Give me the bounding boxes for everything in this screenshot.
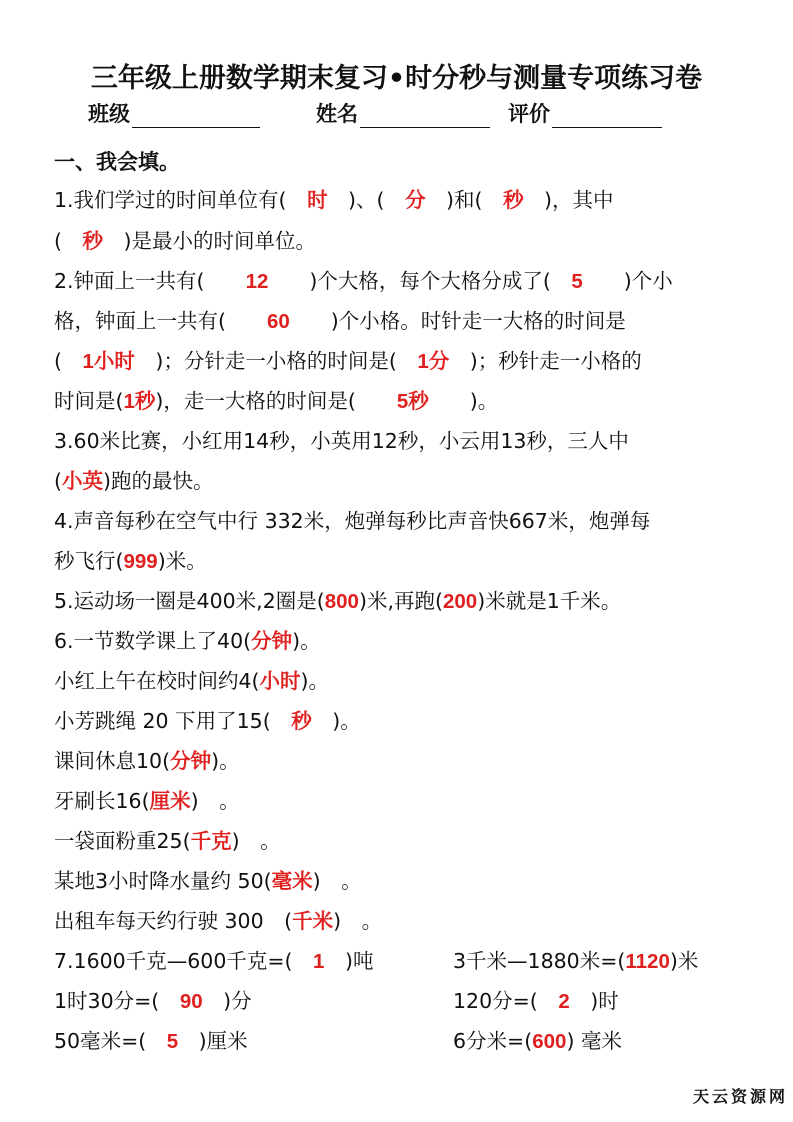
question-text: 3千米—1880米=( xyxy=(453,949,625,973)
answer-text[interactable]: 2 xyxy=(558,990,569,1013)
question-text: 牙刷长16( xyxy=(54,789,150,813)
answer-text[interactable]: 时 xyxy=(307,189,328,212)
question-text: 一袋面粉重25( xyxy=(54,829,191,853)
answer-text[interactable]: 90 xyxy=(180,990,203,1013)
grade-label: 评价 xyxy=(508,102,550,126)
question-line: 4.声音每秒在空气中行 332米，炮弹每秒比声音快667米，炮弹每 xyxy=(54,504,650,534)
class-blank[interactable] xyxy=(132,105,260,128)
answer-text[interactable]: 800 xyxy=(325,590,359,613)
question-text: )，走一大格的时间是( xyxy=(155,389,397,413)
question-line: 120分=( 2 )时 xyxy=(453,984,619,1014)
question-line: 某地3小时降水量约 50(毫米) 。 xyxy=(54,864,362,894)
grade-field[interactable]: 评价 xyxy=(508,98,662,128)
question-line: 6.一节数学课上了40(分钟)。 xyxy=(54,624,321,654)
question-text: 小芳跳绳 20 下用了15( xyxy=(54,709,291,733)
question-text: 120分=( xyxy=(453,989,558,1013)
answer-text[interactable]: 毫米 xyxy=(272,870,313,893)
question-line: (小英)跑的最快。 xyxy=(54,464,214,494)
answer-text[interactable]: 1小时 xyxy=(83,350,135,373)
answer-text[interactable]: 200 xyxy=(443,590,477,613)
answer-text[interactable]: 1秒 xyxy=(124,390,156,413)
question-text: )个小格。时针走一大格的时间是 xyxy=(290,309,626,333)
answer-text[interactable]: 秒 xyxy=(291,710,312,733)
question-text: 7.1600千克—600千克=( xyxy=(54,949,313,973)
answer-text[interactable]: 秒 xyxy=(83,230,104,253)
question-text: 5.运动场一圈是400米,2圈是( xyxy=(54,589,325,613)
question-text: )厘米 xyxy=(178,1029,248,1053)
question-text: ) 。 xyxy=(191,789,240,813)
question-text: )米 xyxy=(670,949,699,973)
answer-text[interactable]: 小英 xyxy=(62,470,103,493)
question-text: )；秒针走一小格的 xyxy=(449,349,642,373)
answer-text[interactable]: 5 xyxy=(167,1030,178,1053)
question-text: )吨 xyxy=(324,949,373,973)
question-text: 3.60米比赛，小红用14秒，小英用12秒，小云用13秒，三人中 xyxy=(54,429,629,453)
question-line: 一袋面粉重25(千克) 。 xyxy=(54,824,281,854)
question-text: 1.我们学过的时间单位有( xyxy=(54,188,307,212)
question-text: )跑的最快。 xyxy=(103,469,214,493)
question-line: 1时30分=( 90 )分 xyxy=(54,984,252,1014)
question-text: )个大格，每个大格分成了( xyxy=(268,269,571,293)
question-text: 某地3小时降水量约 50( xyxy=(54,869,272,893)
question-text: 时间是( xyxy=(54,389,124,413)
answer-text[interactable]: 1分 xyxy=(417,350,449,373)
question-text: )米就是1千米。 xyxy=(477,589,621,613)
answer-text[interactable]: 600 xyxy=(532,1030,566,1053)
question-text: )时 xyxy=(570,989,619,1013)
answer-text[interactable]: 厘米 xyxy=(150,790,191,813)
question-line: ( 秒 )是最小的时间单位。 xyxy=(54,224,316,254)
question-line: 时间是(1秒)，走一大格的时间是( 5秒 )。 xyxy=(54,384,498,414)
answer-text[interactable]: 5秒 xyxy=(397,390,429,413)
question-line: 格，钟面上一共有( 60 )个小格。时针走一大格的时间是 xyxy=(54,304,626,334)
question-text: )是最小的时间单位。 xyxy=(103,229,316,253)
question-text: )。 xyxy=(292,629,321,653)
name-blank[interactable] xyxy=(360,105,490,128)
answer-text[interactable]: 1120 xyxy=(625,950,669,973)
worksheet-title: 三年级上册数学期末复习•时分秒与测量专项练习卷 xyxy=(0,56,793,95)
section-heading: 一、我会填。 xyxy=(54,146,180,176)
question-line: 6分米=(600) 毫米 xyxy=(453,1024,622,1054)
answer-text[interactable]: 小时 xyxy=(260,670,301,693)
question-text: )。 xyxy=(301,669,330,693)
question-text: )。 xyxy=(429,389,499,413)
answer-text[interactable]: 分 xyxy=(405,189,426,212)
question-text: )个小 xyxy=(583,269,673,293)
question-text: )和( xyxy=(426,188,504,212)
question-text: )、( xyxy=(328,188,406,212)
question-line: ( 1小时 )；分针走一小格的时间是( 1分 )；秒针走一小格的 xyxy=(54,344,642,374)
answer-text[interactable]: 分钟 xyxy=(170,750,211,773)
question-line: 3.60米比赛，小红用14秒，小英用12秒，小云用13秒，三人中 xyxy=(54,424,629,454)
question-line: 5.运动场一圈是400米,2圈是(800)米,再跑(200)米就是1千米。 xyxy=(54,584,621,614)
question-text: 4.声音每秒在空气中行 332米，炮弹每秒比声音快667米，炮弹每 xyxy=(54,509,650,533)
question-text: 6分米=( xyxy=(453,1029,532,1053)
question-text: 6.一节数学课上了40( xyxy=(54,629,251,653)
question-text: 1时30分=( xyxy=(54,989,180,1013)
watermark: 天云资源网 xyxy=(693,1084,788,1107)
question-text: 格，钟面上一共有( xyxy=(54,309,267,333)
answer-text[interactable]: 60 xyxy=(267,310,290,333)
grade-blank[interactable] xyxy=(552,105,662,128)
question-text: )；分针走一小格的时间是( xyxy=(135,349,418,373)
question-text: ) 。 xyxy=(333,909,382,933)
question-line: 小红上午在校时间约4(小时)。 xyxy=(54,664,329,694)
question-line: 出租车每天约行驶 300 (千米) 。 xyxy=(54,904,382,934)
question-text: 秒飞行( xyxy=(54,549,124,573)
question-text: ) 。 xyxy=(232,829,281,853)
answer-text[interactable]: 1 xyxy=(313,950,324,973)
answer-text[interactable]: 5 xyxy=(571,270,582,293)
question-text: ( xyxy=(54,349,83,373)
question-text: )。 xyxy=(211,749,240,773)
name-label: 姓名 xyxy=(316,102,358,126)
question-line: 小芳跳绳 20 下用了15( 秒 )。 xyxy=(54,704,361,734)
question-line: 课间休息10(分钟)。 xyxy=(54,744,240,774)
question-text: 课间休息10( xyxy=(54,749,170,773)
name-field[interactable]: 姓名 xyxy=(316,98,490,128)
question-text: ( xyxy=(54,229,83,253)
question-line: 牙刷长16(厘米) 。 xyxy=(54,784,240,814)
question-line: 3千米—1880米=(1120)米 xyxy=(453,944,698,974)
answer-text[interactable]: 千米 xyxy=(292,910,333,933)
answer-text[interactable]: 分钟 xyxy=(251,630,292,653)
question-line: 1.我们学过的时间单位有( 时 )、( 分 )和( 秒 )，其中 xyxy=(54,183,614,213)
question-text: )，其中 xyxy=(524,188,614,212)
question-text: )米,再跑( xyxy=(359,589,443,613)
answer-text[interactable]: 秒 xyxy=(503,189,524,212)
question-line: 7.1600千克—600千克=( 1 )吨 xyxy=(54,944,373,974)
question-text: 小红上午在校时间约4( xyxy=(54,669,260,693)
answer-text[interactable]: 千克 xyxy=(191,830,232,853)
question-text: ( xyxy=(54,469,62,493)
answer-text[interactable]: 12 xyxy=(246,270,269,293)
question-text: )分 xyxy=(203,989,252,1013)
class-label: 班级 xyxy=(88,102,130,126)
question-text: 2.钟面上一共有( xyxy=(54,269,246,293)
question-line: 2.钟面上一共有( 12 )个大格，每个大格分成了( 5 )个小 xyxy=(54,264,673,294)
question-text: )米。 xyxy=(158,549,207,573)
question-text: 50毫米=( xyxy=(54,1029,167,1053)
answer-text[interactable]: 999 xyxy=(124,550,158,573)
question-text: )。 xyxy=(312,709,361,733)
question-line: 50毫米=( 5 )厘米 xyxy=(54,1024,248,1054)
question-line: 秒飞行(999)米。 xyxy=(54,544,207,574)
question-text: ) 毫米 xyxy=(566,1029,622,1053)
question-text: ) 。 xyxy=(313,869,362,893)
class-field[interactable]: 班级 xyxy=(88,98,260,128)
question-text: 出租车每天约行驶 300 ( xyxy=(54,909,292,933)
